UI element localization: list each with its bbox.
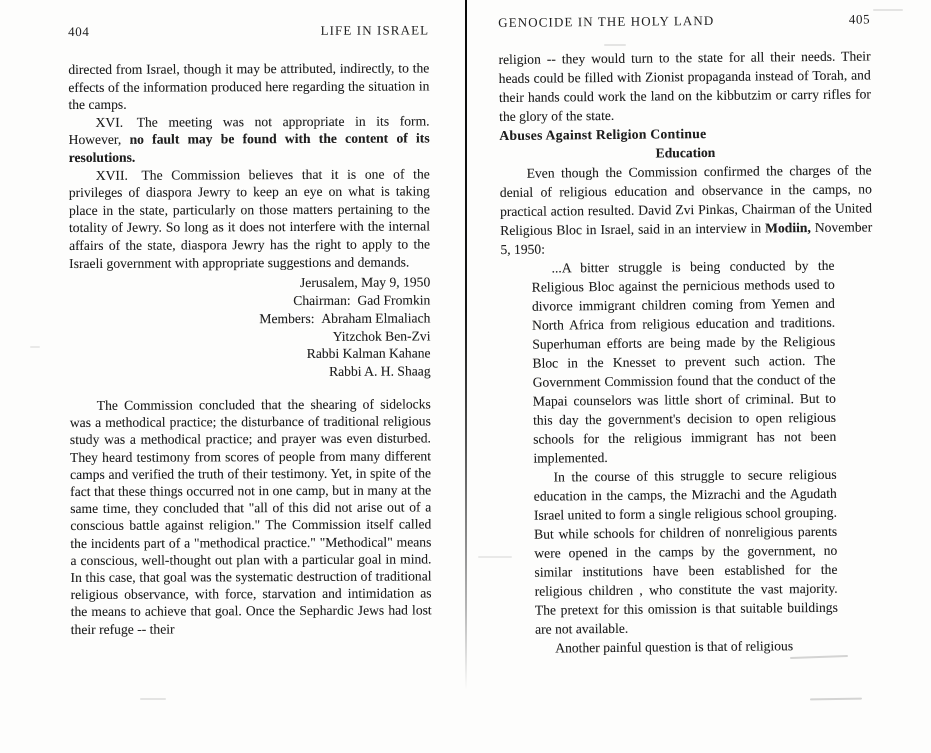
paragraph-commission-conclusion: The Commission concluded that the sheari… bbox=[70, 395, 432, 637]
scan-noise-mark bbox=[30, 346, 40, 348]
left-page: 404 LIFE IN ISRAEL directed from Israel,… bbox=[68, 0, 432, 638]
scan-noise-mark bbox=[873, 9, 903, 11]
signature-line-member-4: Rabbi A. H. Shaag bbox=[70, 363, 431, 382]
scan-noise-mark bbox=[140, 698, 166, 700]
left-page-number: 404 bbox=[68, 24, 89, 40]
paragraph-pinkas-bold-text: Modiin, bbox=[765, 220, 811, 235]
scan-noise-mark bbox=[810, 698, 862, 701]
left-running-title: LIFE IN ISRAEL bbox=[321, 22, 430, 38]
paragraph-xvi: XVI. The meeting was not appropriate in … bbox=[68, 112, 429, 166]
right-page-number: 405 bbox=[849, 11, 870, 27]
left-page-header: 404 LIFE IN ISRAEL bbox=[68, 22, 429, 40]
signature-block: Jerusalem, May 9, 1950 Chairman: Gad Fro… bbox=[69, 274, 430, 382]
right-running-title: GENOCIDE IN THE HOLY LAND bbox=[498, 13, 714, 31]
paragraph-continuation: directed from Israel, though it may be a… bbox=[68, 59, 429, 113]
signature-line-place-date: Jerusalem, May 9, 1950 bbox=[69, 274, 430, 293]
right-page: GENOCIDE IN THE HOLY LAND 405 religion -… bbox=[498, 0, 876, 658]
page-gutter-line bbox=[465, 0, 467, 690]
right-page-header: GENOCIDE IN THE HOLY LAND 405 bbox=[498, 11, 870, 31]
quote-paragraph-2: In the course of this struggle to secure… bbox=[533, 465, 838, 639]
scan-noise-mark bbox=[790, 655, 848, 659]
paragraph-xvii: XVII. The Commission believes that it is… bbox=[69, 165, 430, 272]
signature-line-member-3: Rabbi Kalman Kahane bbox=[70, 345, 431, 364]
block-quote: ...A bitter struggle is being conducted … bbox=[531, 256, 838, 658]
signature-line-chairman: Chairman: Gad Fromkin bbox=[69, 291, 430, 310]
signature-line-member-1: Members: Abraham Elmaliach bbox=[69, 309, 430, 328]
right-page-body: religion -- they would turn to the state… bbox=[498, 46, 876, 658]
left-page-body: directed from Israel, though it may be a… bbox=[68, 59, 432, 637]
paragraph-continuation: religion -- they would turn to the state… bbox=[498, 46, 871, 126]
signature-line-member-2: Yitzchok Ben-Zvi bbox=[69, 327, 430, 346]
scan-noise-mark bbox=[604, 44, 626, 46]
paragraph-pinkas: Even though the Commission confirmed the… bbox=[500, 160, 873, 259]
quote-paragraph-1: ...A bitter struggle is being conducted … bbox=[531, 256, 836, 468]
scan-noise-mark bbox=[478, 556, 512, 558]
scan-noise-mark bbox=[250, 263, 264, 265]
book-spread-scan: 404 LIFE IN ISRAEL directed from Israel,… bbox=[0, 0, 931, 753]
quote-paragraph-3: Another painful question is that of reli… bbox=[535, 636, 838, 658]
